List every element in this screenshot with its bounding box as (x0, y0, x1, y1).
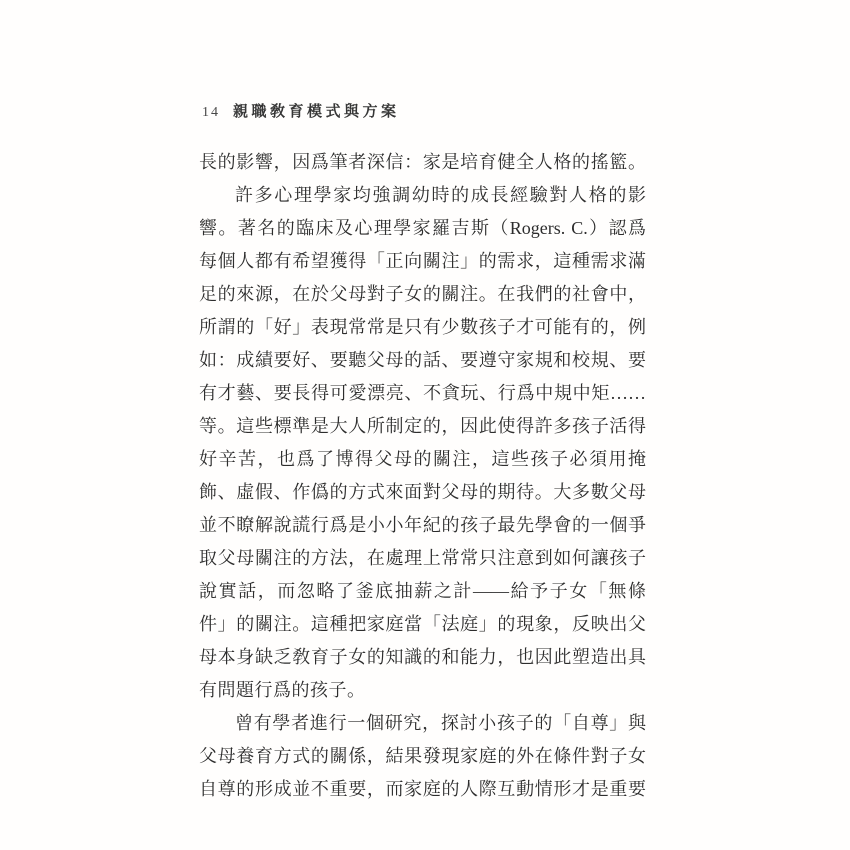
text-line: 長的影響，因爲筆者深信：家是培育健全人格的搖籃。 (199, 146, 646, 179)
page-number-label: 14 (202, 105, 220, 121)
book-page: 14 親職敎育模式與方案 長的影響，因爲筆者深信：家是培育健全人格的搖籃。 許多… (0, 0, 850, 850)
text-line: 足的來源，在於父母對子女的關注。在我們的社會中， (199, 278, 646, 311)
body-text: 長的影響，因爲筆者深信：家是培育健全人格的搖籃。 許多心理學家均強調幼時的成長經… (199, 146, 646, 806)
text-line: 許多心理學家均強調幼時的成長經驗對人格的影 (199, 179, 646, 212)
text-line: 自尊的形成並不重要，而家庭的人際互動情形才是重要 (199, 773, 646, 806)
text-line: 母本身缺乏敎育子女的知識的和能力，也因此塑造出具 (199, 641, 646, 674)
text-line: 並不瞭解說謊行爲是小小年紀的孩子最先學會的一個爭 (199, 509, 646, 542)
text-line: 有才藝、要長得可愛漂亮、不貪玩、行爲中規中矩…… (199, 377, 646, 410)
text-line: 件」的關注。這種把家庭當「法庭」的現象，反映出父 (199, 608, 646, 641)
text-line: 曾有學者進行一個研究，探討小孩子的「自尊」與 (199, 707, 646, 740)
text-line: 好辛苦，也爲了博得父母的關注，這些孩子必須用掩 (199, 443, 646, 476)
text-line: 飾、虛假、作僞的方式來面對父母的期待。大多數父母 (199, 476, 646, 509)
text-line: 響。著名的臨床及心理學家羅吉斯（Rogers. C.）認爲 (199, 212, 646, 245)
text-line: 等。這些標準是大人所制定的，因此使得許多孩子活得 (199, 410, 646, 443)
text-line: 每個人都有希望獲得「正向關注」的需求，這種需求滿 (199, 245, 646, 278)
text-line: 父母養育方式的關係，結果發現家庭的外在條件對子女 (199, 740, 646, 773)
text-line: 如：成績要好、要聽父母的話、要遵守家規和校規、要 (199, 344, 646, 377)
text-line: 所謂的「好」表現常常是只有少數孩子才可能有的，例 (199, 311, 646, 344)
text-line: 說實話，而忽略了釜底抽薪之計——給予子女「無條 (199, 575, 646, 608)
text-line: 取父母關注的方法，在處理上常常只注意到如何讓孩子 (199, 542, 646, 575)
page-header: 14 親職敎育模式與方案 (202, 100, 400, 121)
book-title: 親職敎育模式與方案 (233, 100, 400, 121)
text-line: 有問題行爲的孩子。 (199, 674, 646, 707)
